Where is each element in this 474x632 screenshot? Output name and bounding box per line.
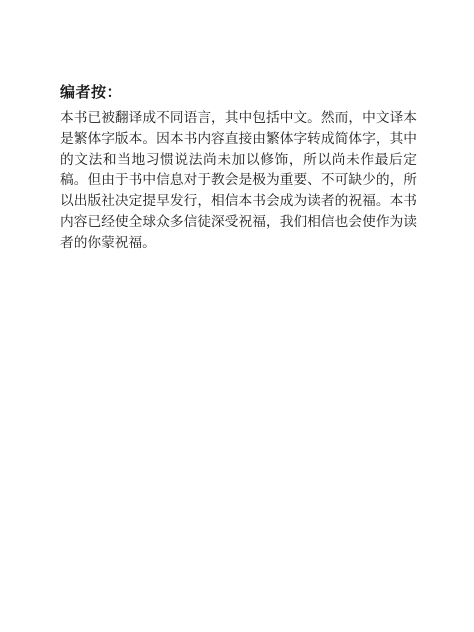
document-page: 编者按： 本书已被翻译成不同语言，其中包括中文。然而，中文译本是繁体字版本。因本… bbox=[0, 0, 474, 632]
editors-note-heading: 编者按： bbox=[60, 81, 122, 102]
editors-note-paragraph: 本书已被翻译成不同语言，其中包括中文。然而，中文译本是繁体字版本。因本书内容直接… bbox=[60, 108, 417, 254]
